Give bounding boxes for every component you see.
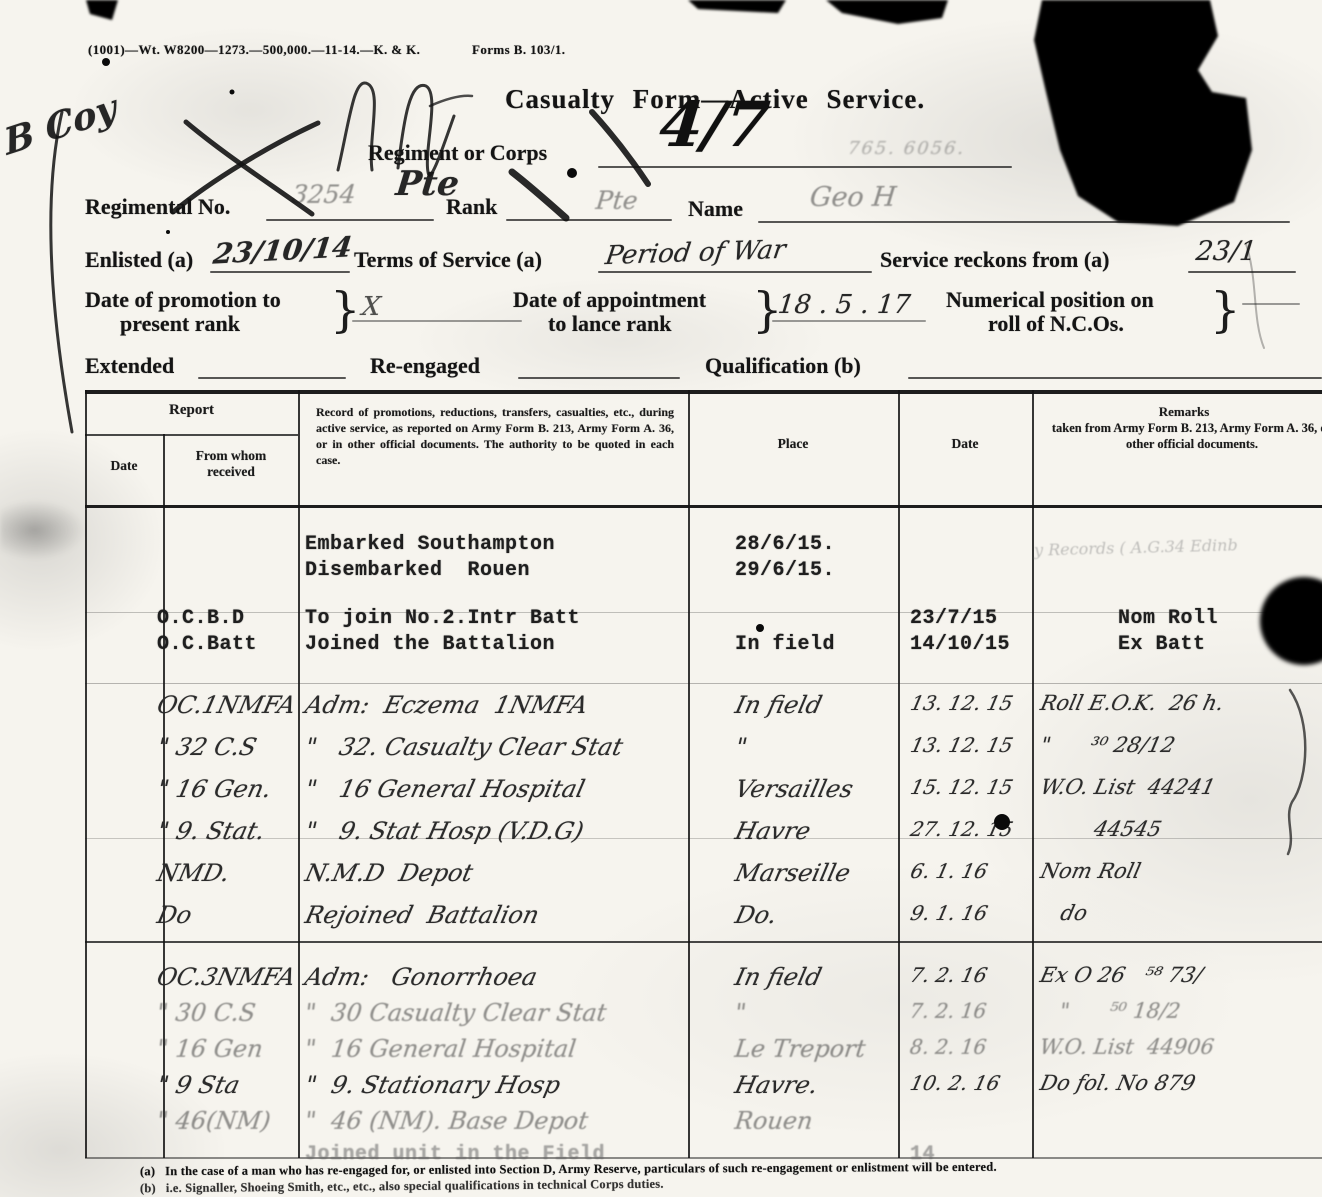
print-imprint: (1001)—Wt. W8200—1273.—500,000.—11-14.—K… <box>88 42 420 58</box>
terms-label: Terms of Service (a) <box>354 247 542 273</box>
numerical-label-2: roll of N.C.Os. <box>988 311 1124 337</box>
cell-remarks: Nom Roll <box>1040 607 1322 630</box>
appointment-label-2: to lance rank <box>548 311 671 337</box>
enlisted-label: Enlisted (a) <box>85 247 193 273</box>
casualty-form-page: (1001)—Wt. W8200—1273.—500,000.—11-14.—K… <box>0 0 1322 1197</box>
cell-place: Le Treport <box>689 1035 941 1063</box>
cell-record: " 9. Stationary Hosp <box>302 1071 694 1099</box>
cell-from: " 9 Sta <box>154 1071 302 1099</box>
cell-record: N.M.D Depot <box>303 859 695 887</box>
table-row: " 30 C.S" 30 Casualty Clear Stat"7. 2. 1… <box>85 999 1322 1035</box>
cell-place: 28/6/15. <box>691 533 940 556</box>
cell-date: 13. 12. 15 <box>908 691 1038 715</box>
cell-record: Joined the Battalion <box>305 633 691 656</box>
promotion-brace: } <box>330 282 361 338</box>
cell-remarks: Ex Batt <box>1040 633 1322 656</box>
cell-date: 15. 12. 15 <box>908 775 1038 799</box>
header-from-whom: From whom received <box>166 448 296 480</box>
table-row: NMD.N.M.D DepotMarseille6. 1. 16Nom Roll <box>83 859 1322 901</box>
rank-scrawl: Pte <box>394 164 461 204</box>
cell-date: 7. 2. 16 <box>908 963 1038 987</box>
cell-place: In field <box>688 963 943 991</box>
rank-value: Pte <box>594 186 639 215</box>
cell-place: Marseille <box>689 859 944 887</box>
cell-record: " 46 (NM). Base Depot <box>303 1107 692 1135</box>
cell-date: 14/10/15 <box>910 633 1035 656</box>
cell-record: Embarked Southampton <box>305 533 691 556</box>
cell-remarks: Do fol. No 879 <box>1038 1071 1322 1095</box>
cell-from: OC.3NMFA <box>154 963 302 991</box>
table-top-border <box>85 390 1322 394</box>
cell-date: 7. 2. 16 <box>909 999 1037 1023</box>
cell-remarks: W.O. List 44241 <box>1038 775 1322 799</box>
footnote-b: (b) i.e. Signaller, Shoeing Smith, etc.,… <box>140 1177 664 1197</box>
cell-date: 10. 2. 16 <box>908 1071 1038 1095</box>
cell-record: Disembarked Rouen <box>305 559 691 582</box>
cell-from: " 16 Gen. <box>155 775 303 803</box>
numerical-brace: } <box>1210 282 1241 338</box>
table-row: OC.3NMFAAdm: GonorrhoeaIn field7. 2. 16E… <box>83 963 1322 999</box>
table-row: " 16 Gen." 16 General HospitalVersailles… <box>83 775 1322 817</box>
cell-place: Rouen <box>689 1107 941 1135</box>
qualification-label: Qualification (b) <box>705 353 861 379</box>
cell-from: Do <box>155 901 303 929</box>
regiment-value-faint: 765. 6056. <box>847 138 967 159</box>
cell-remarks: Roll E.O.K. 26 h. <box>1038 691 1322 715</box>
cell-date: 9. 1. 16 <box>908 901 1038 925</box>
table-row: " 16 Gen" 16 General HospitalLe Treport8… <box>85 1035 1322 1071</box>
cell-remarks: W.O. List 44906 <box>1039 1035 1322 1059</box>
appointment-value: 18 . 5 . 17 <box>776 290 911 320</box>
table-row: O.C.BattJoined the BattalionIn field14/1… <box>85 633 1322 659</box>
header-report: Report <box>85 402 298 419</box>
cell-record: To join No.2.Intr Batt <box>305 607 691 630</box>
cell-date: 13. 12. 15 <box>908 733 1038 757</box>
cell-place: Havre. <box>688 1071 943 1099</box>
cell-from: O.C.B.D <box>157 607 299 630</box>
header-date2: Date <box>898 436 1032 452</box>
cell-date: 8. 2. 16 <box>909 1035 1037 1059</box>
cell-from: OC.1NMFA <box>155 691 303 719</box>
cell-from: " 16 Gen <box>155 1035 300 1063</box>
numerical-label-1: Numerical position on <box>946 287 1154 313</box>
table-section: OC.1NMFAAdm: Eczema 1NMFAIn field13. 12.… <box>85 691 1322 943</box>
reckons-value: 23/1 <box>1194 236 1258 267</box>
reengaged-label: Re-engaged <box>370 353 480 379</box>
cell-record: Adm: Gonorrhoea <box>302 963 694 991</box>
regimental-no-label: Regimental No. <box>85 194 230 220</box>
cell-record: Adm: Eczema 1NMFA <box>303 691 695 719</box>
cell-date: 27. 12. 15 <box>908 817 1038 841</box>
extended-label: Extended <box>85 353 174 379</box>
promotion-label-2: present rank <box>120 311 240 337</box>
cell-place: 29/6/15. <box>691 559 940 582</box>
cell-record: " 16 General Hospital <box>303 775 695 803</box>
cell-from: " 46(NM) <box>155 1107 300 1135</box>
cell-from: " 30 C.S <box>155 999 300 1027</box>
cell-place: In field <box>691 633 940 656</box>
cell-remarks: Nom Roll <box>1038 859 1322 883</box>
company-note: B Coy <box>1 86 119 164</box>
header-date: Date <box>85 458 163 474</box>
header-remarks-body: taken from Army Form B. 213, Army Form A… <box>1042 420 1322 452</box>
header-remarks-title: Remarks <box>1046 404 1322 420</box>
header-place: Place <box>688 436 898 452</box>
table-row: " 9. Stat." 9. Stat Hosp (V.D.G)Havre27.… <box>83 817 1322 859</box>
cell-date: 23/7/15 <box>910 607 1035 630</box>
cell-place: " <box>689 999 941 1027</box>
regimental-no-value: 3254 <box>290 180 357 209</box>
cell-record: " 9. Stat Hosp (V.D.G) <box>303 817 695 845</box>
battalion-overwrite: 4/7 <box>656 88 773 161</box>
name-label: Name <box>688 196 743 222</box>
promotion-value: X <box>360 292 382 322</box>
name-value: Geo H <box>808 182 897 213</box>
table-body: Embarked Southampton28/6/15.Disembarked … <box>85 507 1322 1179</box>
cell-place: " <box>689 733 944 761</box>
table-row: Disembarked Rouen29/6/15. <box>85 559 1322 585</box>
enlisted-value: 23/10/14 <box>211 230 354 270</box>
reckons-label: Service reckons from (a) <box>880 247 1110 273</box>
report-sub-border <box>85 434 298 436</box>
promotion-label-1: Date of promotion to <box>85 287 281 313</box>
terms-value: Period of War <box>603 235 787 271</box>
table-row: O.C.B.DTo join No.2.Intr Batt23/7/15Nom … <box>85 607 1322 633</box>
cell-record: " 32. Casualty Clear Stat <box>303 733 695 761</box>
cell-place: Havre <box>689 817 944 845</box>
cell-from: NMD. <box>155 859 303 887</box>
regiment-label: Regiment or Corps <box>368 140 547 166</box>
table-row: " 9 Sta" 9. Stationary HospHavre.10. 2. … <box>83 1071 1322 1107</box>
cell-date: 6. 1. 16 <box>908 859 1038 883</box>
table-row: OC.1NMFAAdm: Eczema 1NMFAIn field13. 12.… <box>83 691 1322 733</box>
cell-remarks: Ex O 26 ⁵⁸ 73/ <box>1038 963 1322 987</box>
cell-from: O.C.Batt <box>157 633 299 656</box>
cell-remarks: do <box>1038 901 1322 925</box>
appointment-label-1: Date of appointment <box>513 287 706 313</box>
cell-record: " 16 General Hospital <box>303 1035 692 1063</box>
cell-remarks: " ⁵⁰ 18/2 <box>1039 999 1322 1023</box>
header-record: Record of promotions, reductions, transf… <box>316 404 674 468</box>
margin-smudge <box>0 500 86 560</box>
cell-remarks: " ³⁰ 28/12 <box>1038 733 1322 757</box>
table-section: O.C.B.DTo join No.2.Intr Batt23/7/15Nom … <box>85 607 1322 659</box>
table-section: OC.3NMFAAdm: GonorrhoeaIn field7. 2. 16E… <box>85 963 1322 1179</box>
cell-place: In field <box>689 691 944 719</box>
cell-record: Rejoined Battalion <box>303 901 695 929</box>
table-row: " 46(NM)" 46 (NM). Base DepotRouen <box>85 1107 1322 1143</box>
table-row: DoRejoined BattalionDo.9. 1. 16 do <box>83 901 1322 943</box>
cell-place: Do. <box>689 901 944 929</box>
cell-from: " 32 C.S <box>155 733 303 761</box>
cell-from: " 9. Stat. <box>155 817 303 845</box>
cell-record: " 30 Casualty Clear Stat <box>303 999 692 1027</box>
cell-remarks: 44545 <box>1038 817 1322 841</box>
form-number: Forms B. 103/1. <box>472 42 565 58</box>
table-row: " 32 C.S" 32. Casualty Clear Stat"13. 12… <box>83 733 1322 775</box>
cell-place: Versailles <box>689 775 944 803</box>
